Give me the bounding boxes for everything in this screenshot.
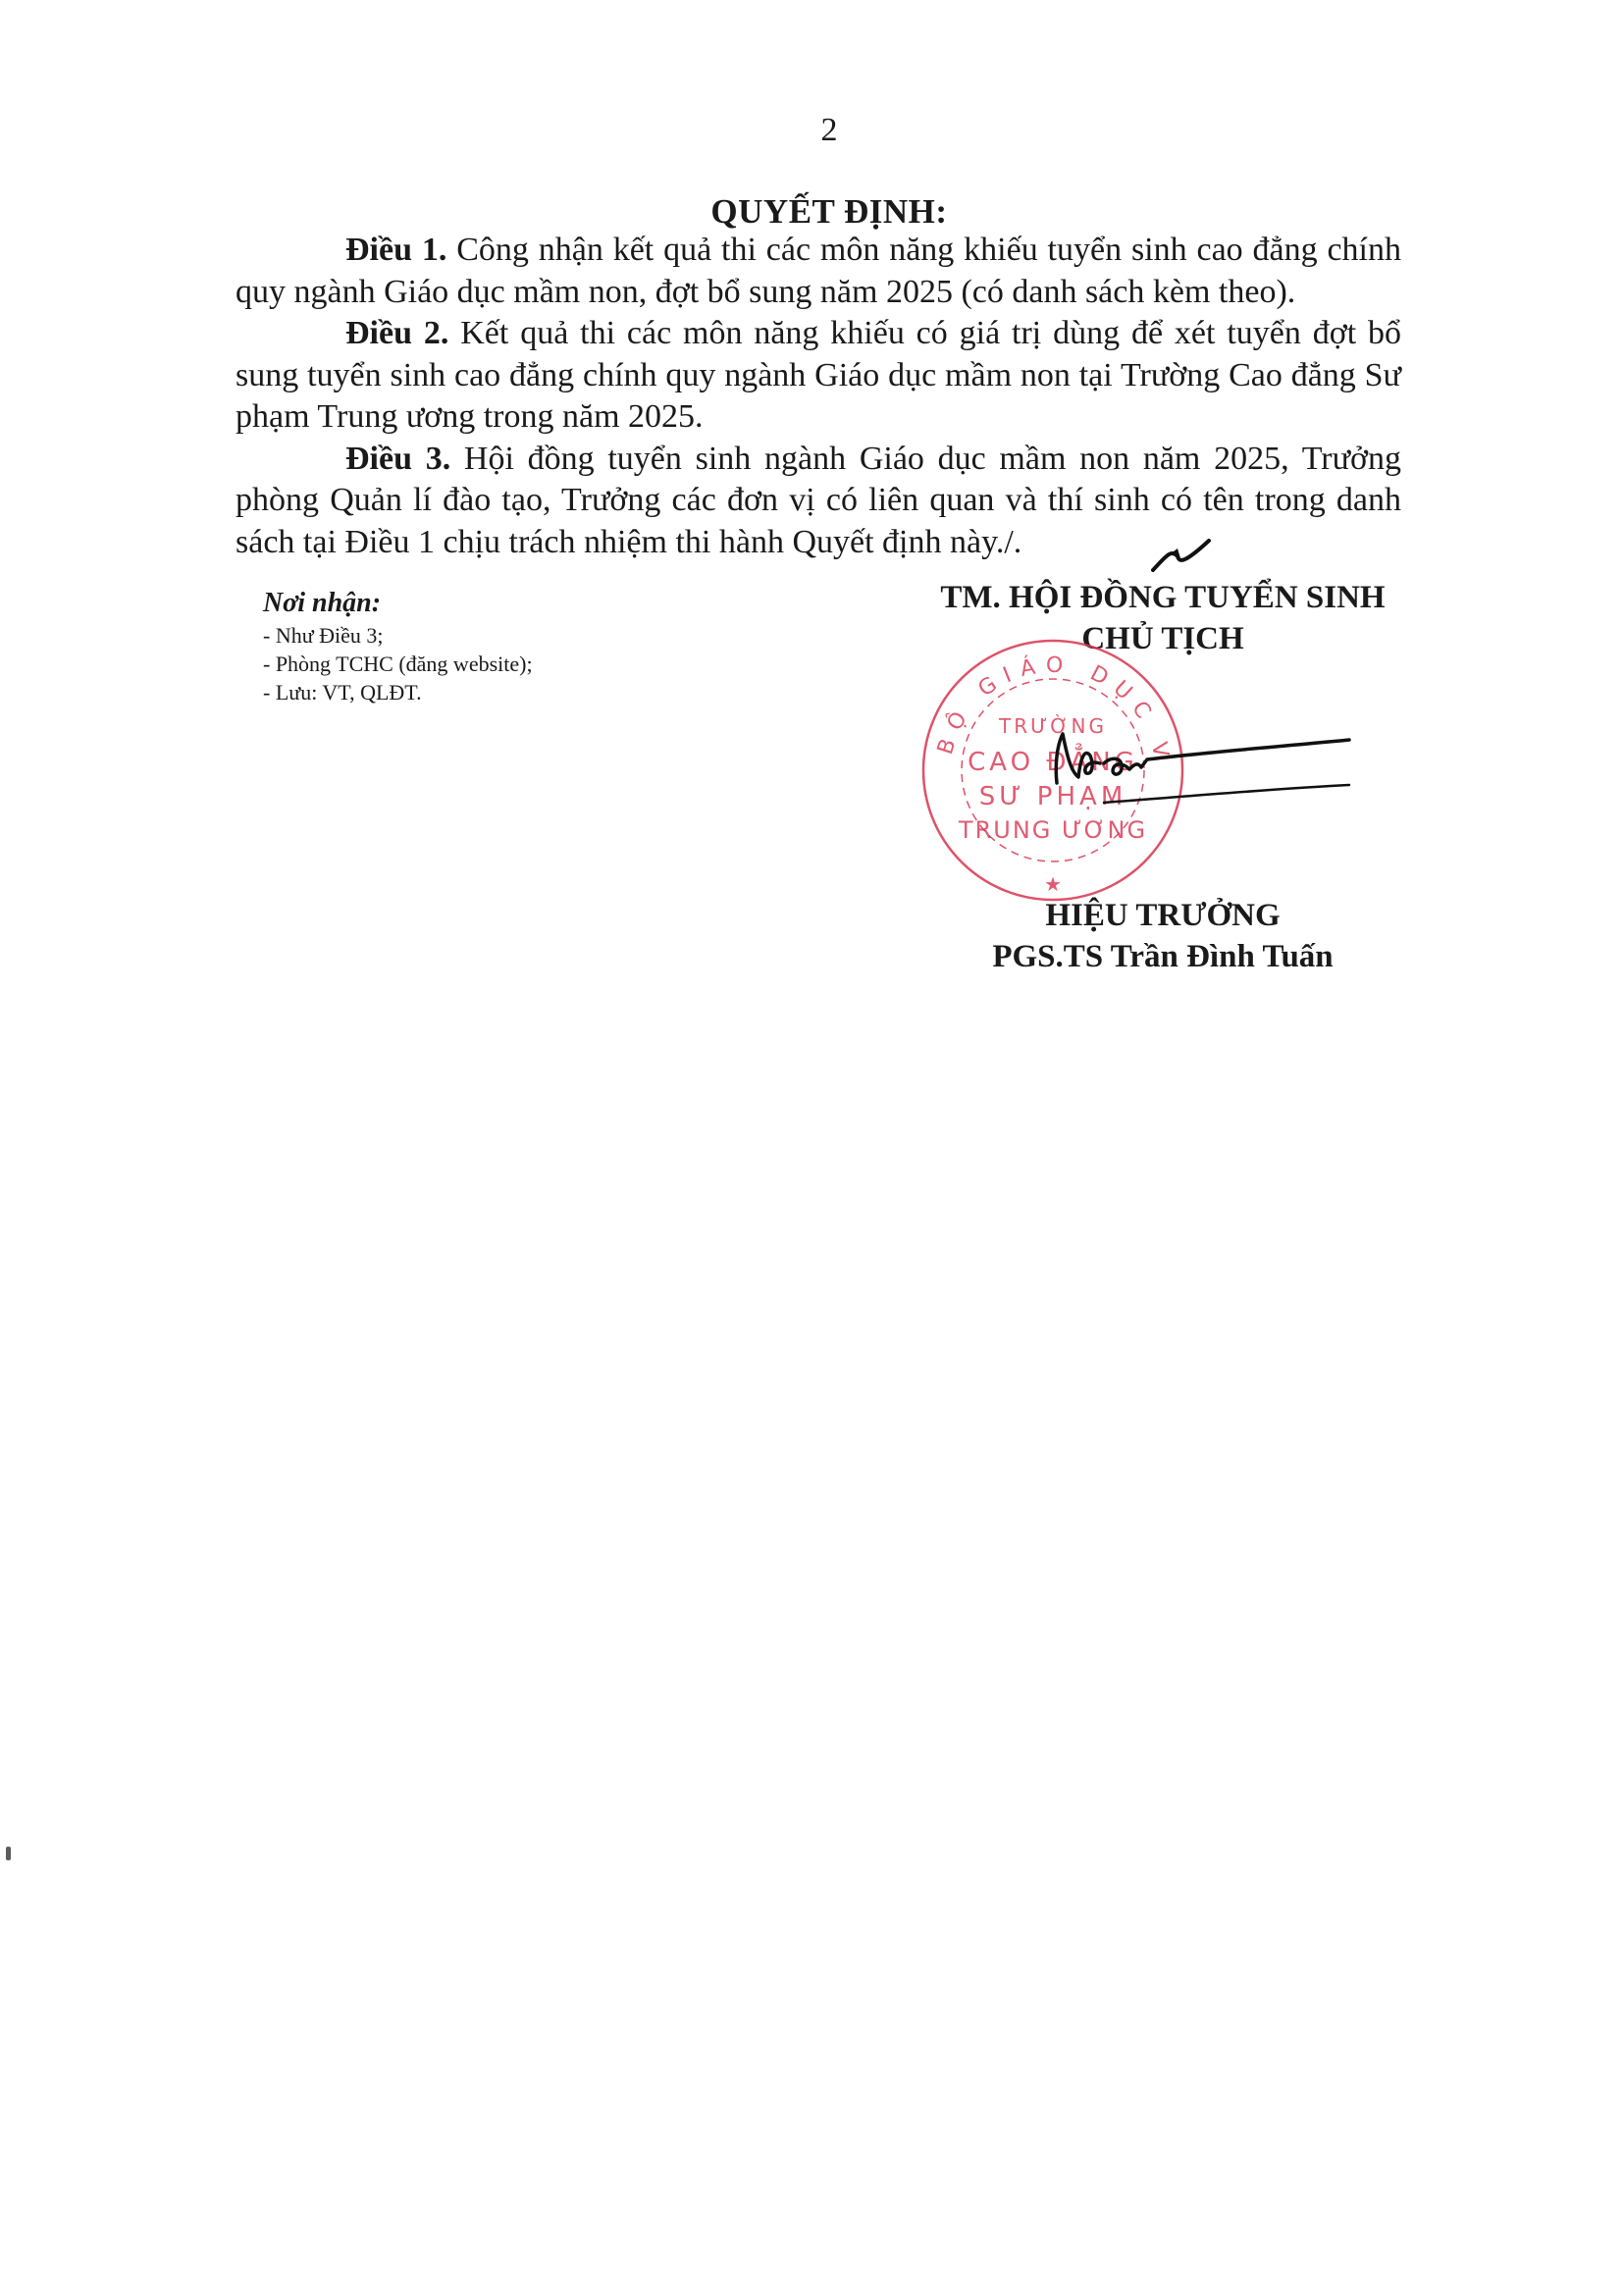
signer-organization: TM. HỘI ĐỒNG TUYỂN SINH bbox=[814, 577, 1511, 618]
signer-name: PGS.TS Trần Đình Tuấn bbox=[814, 936, 1511, 977]
article-1-label: Điều 1. bbox=[345, 232, 446, 268]
recipient-item: - Như Điều 3; bbox=[263, 621, 533, 650]
article-2: Điều 2. Kết quả thi các môn năng khiếu c… bbox=[236, 313, 1401, 439]
recipients-heading: Nơi nhận: bbox=[263, 586, 533, 621]
svg-text:TRUNG ƯƠNG: TRUNG ƯƠNG bbox=[958, 816, 1147, 844]
decision-body: Điều 1. Công nhận kết quả thi các môn nă… bbox=[236, 230, 1401, 563]
article-3: Điều 3. Hội đồng tuyển sinh ngành Giáo d… bbox=[236, 439, 1401, 564]
svg-text:★: ★ bbox=[1044, 872, 1062, 896]
initial-mark-icon bbox=[1148, 535, 1217, 574]
recipient-item: - Lưu: VT, QLĐT. bbox=[263, 678, 533, 706]
recipients-block: Nơi nhận: - Như Điều 3; - Phòng TCHC (đă… bbox=[263, 586, 533, 706]
article-2-label: Điều 2. bbox=[345, 315, 448, 351]
handwritten-signature-icon bbox=[1035, 726, 1359, 805]
signature-footer: HIỆU TRƯỞNG PGS.TS Trần Đình Tuấn bbox=[814, 895, 1511, 977]
signer-title: HIỆU TRƯỞNG bbox=[814, 895, 1511, 936]
decision-title: QUYẾT ĐỊNH: bbox=[0, 192, 1623, 232]
page-number: 2 bbox=[0, 112, 1623, 149]
scan-artifact bbox=[6, 1847, 11, 1860]
article-3-label: Điều 3. bbox=[345, 441, 450, 477]
recipient-item: - Phòng TCHC (đăng website); bbox=[263, 650, 533, 678]
article-1: Điều 1. Công nhận kết quả thi các môn nă… bbox=[236, 230, 1401, 313]
